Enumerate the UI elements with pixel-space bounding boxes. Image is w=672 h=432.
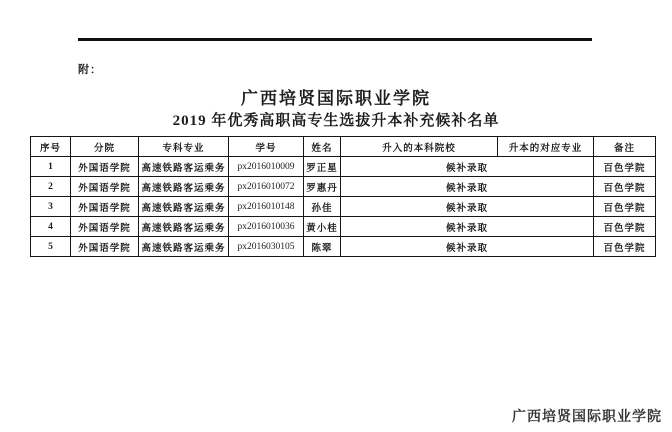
- column-header-college: 分院: [71, 137, 139, 157]
- page-title: 广西培贤国际职业学院: [0, 84, 672, 109]
- cell-college: 外国语学院: [71, 177, 139, 197]
- cell-note: 百色学院: [594, 177, 656, 197]
- column-header-major: 专科专业: [139, 137, 229, 157]
- cell-no: 5: [31, 237, 71, 257]
- column-header-note: 备注: [594, 137, 656, 157]
- attachment-label: 附：: [78, 61, 102, 77]
- cell-name: 陈翠: [304, 237, 341, 257]
- column-header-student-id: 学号: [229, 137, 304, 157]
- cell-major: 高速铁路客运乘务: [139, 197, 229, 217]
- cell-major: 高速铁路客运乘务: [139, 237, 229, 257]
- cell-name: 罗正星: [304, 157, 341, 177]
- cell-major: 高速铁路客运乘务: [139, 177, 229, 197]
- cell-status: 候补录取: [341, 217, 594, 237]
- cell-status: 候补录取: [341, 177, 594, 197]
- cell-student-id: px2016030105: [229, 237, 304, 257]
- table-row: 3 外国语学院 高速铁路客运乘务 px2016010148 孙佳 候补录取 百色…: [31, 197, 656, 217]
- cell-college: 外国语学院: [71, 237, 139, 257]
- cell-college: 外国语学院: [71, 157, 139, 177]
- cell-status: 候补录取: [341, 237, 594, 257]
- cell-student-id: px2016010072: [229, 177, 304, 197]
- cell-no: 1: [31, 157, 71, 177]
- table-row: 5 外国语学院 高速铁路客运乘务 px2016030105 陈翠 候补录取 百色…: [31, 237, 656, 257]
- table-header-row: 序号 分院 专科专业 学号 姓名 升入的本科院校 升本的对应专业 备注: [31, 137, 656, 157]
- cell-status: 候补录取: [341, 157, 594, 177]
- cell-note: 百色学院: [594, 157, 656, 177]
- table-row: 2 外国语学院 高速铁路客运乘务 px2016010072 罗惠丹 候补录取 百…: [31, 177, 656, 197]
- page-subtitle: 2019 年优秀高职高专生选拔升本补充候补名单: [0, 109, 672, 130]
- cell-no: 2: [31, 177, 71, 197]
- cell-name: 罗惠丹: [304, 177, 341, 197]
- column-header-name: 姓名: [304, 137, 341, 157]
- cell-note: 百色学院: [594, 237, 656, 257]
- footer-watermark: 广西培贤国际职业学院: [512, 406, 662, 426]
- cell-name: 孙佳: [304, 197, 341, 217]
- cell-student-id: px2016010036: [229, 217, 304, 237]
- table-row: 1 外国语学院 高速铁路客运乘务 px2016010009 罗正星 候补录取 百…: [31, 157, 656, 177]
- cell-status: 候补录取: [341, 197, 594, 217]
- cell-college: 外国语学院: [71, 217, 139, 237]
- column-header-target-major: 升本的对应专业: [498, 137, 594, 157]
- cell-name: 黄小桂: [304, 217, 341, 237]
- roster-table: 序号 分院 专科专业 学号 姓名 升入的本科院校 升本的对应专业 备注 1 外国…: [30, 136, 656, 257]
- table-row: 4 外国语学院 高速铁路客运乘务 px2016010036 黄小桂 候补录取 百…: [31, 217, 656, 237]
- cell-major: 高速铁路客运乘务: [139, 217, 229, 237]
- cell-no: 3: [31, 197, 71, 217]
- cell-major: 高速铁路客运乘务: [139, 157, 229, 177]
- cell-no: 4: [31, 217, 71, 237]
- column-header-no: 序号: [31, 137, 71, 157]
- column-header-target-university: 升入的本科院校: [341, 137, 498, 157]
- cell-college: 外国语学院: [71, 197, 139, 217]
- cell-note: 百色学院: [594, 217, 656, 237]
- top-rule-divider: [78, 38, 592, 41]
- cell-note: 百色学院: [594, 197, 656, 217]
- cell-student-id: px2016010009: [229, 157, 304, 177]
- cell-student-id: px2016010148: [229, 197, 304, 217]
